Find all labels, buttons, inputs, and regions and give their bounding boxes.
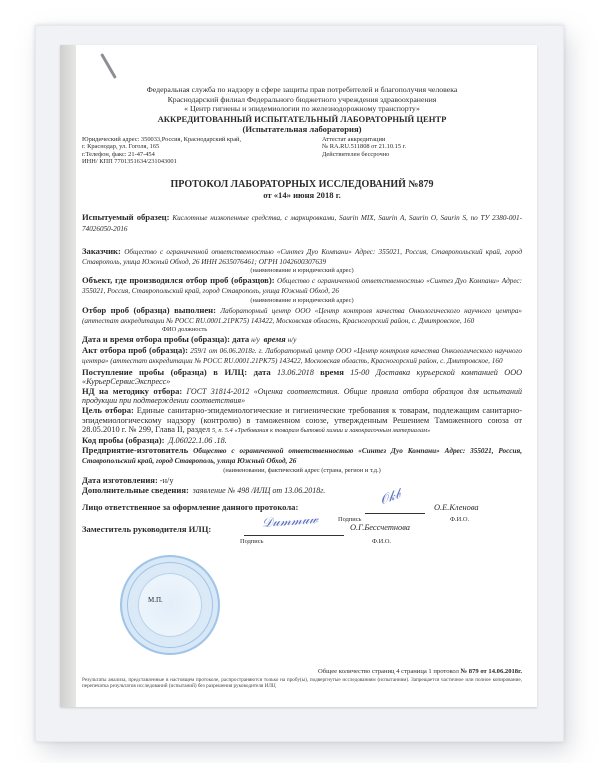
field-value: -н/у [160,476,174,485]
page-edge-strip [60,45,76,707]
field-note: (наименование и юридический адрес) [82,267,522,275]
accreditation-validity: Действителен бессрочно [322,151,462,158]
inn-line: ИНН/ КПП 7701351634/231043001 [82,158,282,165]
address-line: Юридический адрес: 350033,Россия, Красно… [82,136,282,143]
field-sampling-object: Объект, где производился отбор проб (обр… [82,276,522,296]
protocol-reference: № 879 от 14.06.2018г. [461,668,522,675]
legal-address: Юридический адрес: 350033,Россия, Красно… [82,136,282,166]
stamp-label: М.П. [148,596,163,604]
signature-deputy: Заместитель руководителя ИЛЦ: 𝒟𝓊𝓂𝓂𝓊𝓌 О.Г… [82,523,522,545]
field-additional-info: Дополнительные сведения: заявление № 498… [82,486,522,495]
field-label: Заказчик: [82,246,121,256]
field-customer: Заказчик: Общество с ограниченной ответс… [82,247,522,267]
signer-name: О.Г.Бессчетнова [350,523,410,532]
field-label: Объект, где производился отбор проб (обр… [82,275,275,285]
signature-line [365,503,425,514]
field-label: Отбор проб (образца) выполнен: [82,305,216,315]
field-note: (наименовании, фактический адрес (страна… [82,467,522,475]
signer-name: О.Е.Кленова [434,503,479,512]
header-agency: Федеральная служба по надзору в сфере за… [82,85,522,95]
field-value: Общество с ограниченной ответственностью… [82,248,522,266]
header-lab-title: АККРЕДИТОВАННЫЙ ИСПЫТАТЕЛЬНЫЙ ЛАБОРАТОРН… [82,114,522,124]
official-stamp-icon [120,555,220,655]
field-purpose: Цель отбора: Единые санитарно-эпидемиоло… [82,406,522,435]
field-value: 5, п. 5.4 «Требования к товарам бытовой … [212,427,430,434]
field-sampling-datetime: Дата и время отбора пробы (образца): дат… [82,335,522,345]
field-sample: Испытуемый образец: Кислотные низкопенны… [82,213,522,233]
field-nd-method: НД на методику отбора: ГОСТ 31814-2012 «… [82,387,522,405]
field-label: время [320,367,344,377]
signature-mark: 𝒟𝓊𝓂𝓂𝓊𝓌 [262,515,319,528]
field-manufacturer: Предприятие-изготовитель Общество с огра… [82,446,522,466]
header-center: « Центр гигиены и эпидемиологии по желез… [82,104,522,114]
document-content: Федеральная служба по надзору в сфере за… [82,85,522,545]
phone-line: г.Телефон, факс: 21-47-454 [82,151,282,158]
header-lab-subtitle: (Испытательная лаборатория) [82,124,522,134]
protocol-date: от «14» июня 2018 г. [82,190,522,200]
protocol-title: ПРОТОКОЛ ЛАБОРАТОРНЫХ ИССЛЕДОВАНИЙ №879 [82,179,522,190]
field-value: заявление № 498 /ИЛЦ от 13.06.2018г. [193,486,326,495]
page-count-line: Общее количество страниц 4 страница 1 пр… [82,667,522,676]
field-note: ФИО должность [82,326,522,334]
field-sampling-act: Акт отбора проб (образца): 259/1 от 06.0… [82,346,522,366]
field-label: Испытуемый образец: [82,212,169,222]
field-label: Предприятие-изготовитель [82,445,188,455]
accreditation-info: Аттестат аккредитации № RA.RU.511808 от … [322,136,462,166]
field-sample-code: Код пробы (образца): Д.06022.1.06 .18. [82,436,522,445]
field-label: НД на методику отбора: [82,386,182,396]
accreditation-line: Аттестат аккредитации [322,136,462,143]
field-sampling-performer: Отбор проб (образца) выполнен: Лаборатор… [82,306,522,326]
field-value: н/у [251,336,260,344]
header-branch: Краснодарский филиал Федерального бюджет… [82,95,522,105]
signature-role-label: Лицо ответственное за оформление данного… [82,503,298,512]
field-manufacture-date: Дата изготовления: -н/у [82,476,522,485]
address-line: г. Краснодар, ул. Гоголя, 165 [82,143,282,150]
field-label: Поступление пробы (образца) в ИЛЦ: дата [82,367,271,377]
page-count-text: Общее количество страниц 4 страница 1 пр… [318,668,460,675]
field-label: Акт отбора проб (образца): [82,345,188,355]
signature-caption: Подпись [240,537,263,546]
field-label: Дата изготовления: [82,475,158,485]
header-address-block: Юридический адрес: 350033,Россия, Красно… [82,136,522,166]
name-caption: Ф.И.О. [372,537,391,546]
accreditation-number: № RA.RU.511808 от 21.10.15 г. [322,143,462,150]
field-receipt: Поступление пробы (образца) в ИЛЦ: дата … [82,368,522,386]
field-label: Цель отбора: [82,405,134,415]
field-label: время [264,334,286,344]
field-value: 13.06.2018 [277,368,314,377]
field-value: Д.06022.1.06 .18. [168,436,226,445]
field-label: Код пробы (образца): [82,435,165,445]
disclaimer-text: Результаты анализа, представленные в нас… [82,677,522,689]
field-label: Дата и время отбора пробы (образца): дат… [82,334,249,344]
field-value: н/у [288,336,297,344]
field-label: Дополнительные сведения: [82,485,189,495]
signature-role-label: Заместитель руководителя ИЛЦ: [82,525,211,534]
field-note: (наименование и юридический адрес) [82,297,522,305]
